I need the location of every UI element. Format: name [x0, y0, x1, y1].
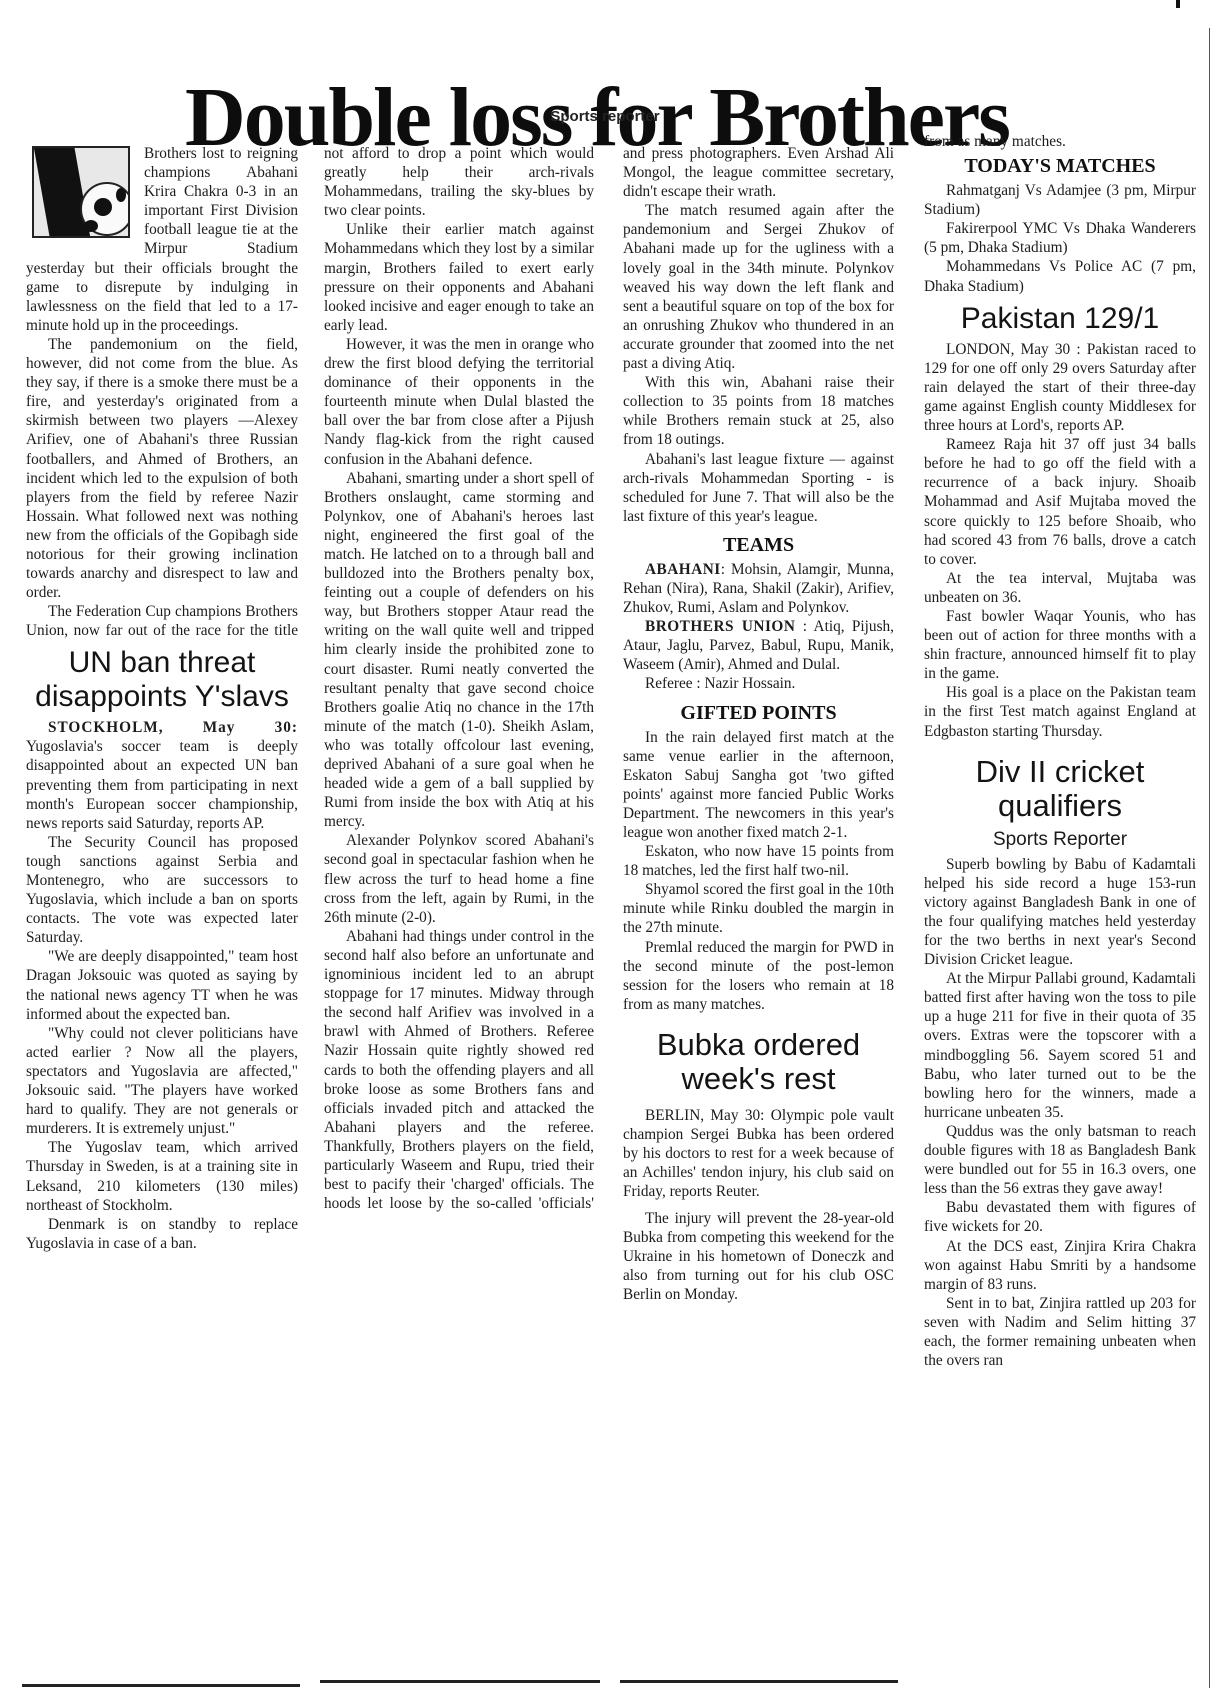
todays-matches-heading: TODAY'S MATCHES	[924, 153, 1196, 179]
article-paragraph: Premlal reduced the margin for PWD in th…	[623, 938, 894, 1014]
article-paragraph: STOCKHOLM, May 30: Yugoslavia's soccer t…	[26, 718, 298, 833]
article-paragraph: At the tea interval, Mujtaba was unbeate…	[924, 569, 1196, 607]
article-paragraph-continued: not afford to drop a point which would g…	[324, 144, 594, 220]
article-paragraph: In the rain delayed first match at the s…	[623, 728, 894, 843]
article-paragraph: Rameez Raja hit 37 off just 34 balls bef…	[924, 435, 1196, 569]
article-paragraph: Babu devastated them with figures of fiv…	[924, 1198, 1196, 1236]
article-paragraph-continued: from as many matches.	[924, 132, 1196, 151]
fixture-item: Rahmatganj Vs Adamjee (3 pm, Mirpur Stad…	[924, 181, 1196, 219]
column-rule	[620, 1680, 898, 1683]
article-paragraph: The Yugoslav team, which arrived Thursda…	[26, 1138, 298, 1214]
column-2: not afford to drop a point which would g…	[324, 144, 594, 1213]
article-paragraph: BERLIN, May 30: Olympic pole vault champ…	[623, 1106, 894, 1201]
article-paragraph: Abahani's last league fixture — against …	[623, 450, 894, 526]
column-1: Brothers lost to reigning champions Abah…	[26, 144, 298, 1253]
column-3: and press photographers. Even Arshad Ali…	[623, 144, 894, 1305]
gifted-points-heading: GIFTED POINTS	[623, 700, 894, 726]
article-paragraph: Eskaton, who now have 15 points from 18 …	[623, 842, 894, 880]
article-paragraph: The pandemonium on the field, however, d…	[26, 335, 298, 602]
dateline: LONDON, May 30 :	[946, 341, 1081, 358]
fixture-item: Mohammedans Vs Police AC (7 pm, Dhaka St…	[924, 257, 1196, 295]
article-paragraph: The Security Council has proposed tough …	[26, 833, 298, 948]
newspaper-page: Double loss for Brothers Sports reporter…	[0, 0, 1216, 1688]
dateline: STOCKHOLM, May 30:	[48, 719, 298, 736]
article-paragraph: At the Mirpur Pallabi ground, Kadamtali …	[924, 969, 1196, 1122]
team-lineup-abahani: ABAHANI: Mohsin, Alamgir, Munna, Rehan (…	[623, 560, 894, 617]
article-paragraph: At the DCS east, Zinjira Krira Chakra wo…	[924, 1237, 1196, 1294]
column-rule	[320, 1680, 600, 1683]
article-paragraph: Abahani, smarting under a short spell of…	[324, 469, 594, 832]
article-paragraph-continued: and press photographers. Even Arshad Ali…	[623, 144, 894, 201]
article-paragraph: However, it was the men in orange who dr…	[324, 335, 594, 469]
article-paragraph: With this win, Abahani raise their colle…	[623, 373, 894, 449]
bubka-headline: Bubka ordered week's rest	[623, 1028, 894, 1096]
article-paragraph: Quddus was the only batsman to reach dou…	[924, 1122, 1196, 1198]
article-paragraph: "Why could not clever politicians have a…	[26, 1024, 298, 1139]
article-paragraph: Abahani had things under control in the …	[324, 927, 594, 1213]
article-paragraph: His goal is a place on the Pakistan team…	[924, 683, 1196, 740]
article-paragraph: Denmark is on standby to replace Yugosla…	[26, 1215, 298, 1253]
column-mark	[1176, 0, 1180, 8]
cricket-byline: Sports Reporter	[924, 827, 1196, 853]
column-rule	[22, 1684, 300, 1687]
article-paragraph: The match resumed again after the pandem…	[623, 201, 894, 373]
article-paragraph: Shyamol scored the first goal in the 10t…	[623, 880, 894, 937]
referee-line: Referee : Nazir Hossain.	[623, 674, 894, 693]
cricket-headline: Div II cricket qualifiers	[924, 755, 1196, 823]
article-paragraph: "We are deeply disappointed," team host …	[26, 947, 298, 1023]
column-4: from as many matches. TODAY'S MATCHES Ra…	[924, 132, 1196, 1370]
dateline: BERLIN, May 30:	[645, 1107, 764, 1124]
fixture-item: Fakirerpool YMC Vs Dhaka Wanderers (5 pm…	[924, 219, 1196, 257]
football-photo-icon	[32, 146, 130, 238]
pakistan-headline: Pakistan 129/1	[924, 302, 1196, 336]
article-paragraph: Sent in to bat, Zinjira rattled up 203 f…	[924, 1294, 1196, 1370]
article-paragraph: Superb bowling by Babu of Kadamtali help…	[924, 855, 1196, 970]
byline: Sports reporter	[440, 108, 770, 125]
article-paragraph: Unlike their earlier match against Moham…	[324, 220, 594, 335]
article-paragraph: The Federation Cup champions Brothers Un…	[26, 602, 298, 640]
article-paragraph: Alexander Polynkov scored Abahani's seco…	[324, 831, 594, 926]
article-paragraph: Fast bowler Waqar Younis, who has been o…	[924, 607, 1196, 683]
un-ban-headline: UN ban threat disappoints Y'slavs	[26, 646, 298, 714]
team-lineup-brothers: BROTHERS UNION : Atiq, Pijush, Ataur, Ja…	[623, 617, 894, 674]
article-paragraph: The injury will prevent the 28-year-old …	[623, 1209, 894, 1304]
article-paragraph: LONDON, May 30 : Pakistan raced to 129 f…	[924, 340, 1196, 435]
teams-heading: TEAMS	[623, 532, 894, 558]
column-divider	[1209, 28, 1210, 1688]
